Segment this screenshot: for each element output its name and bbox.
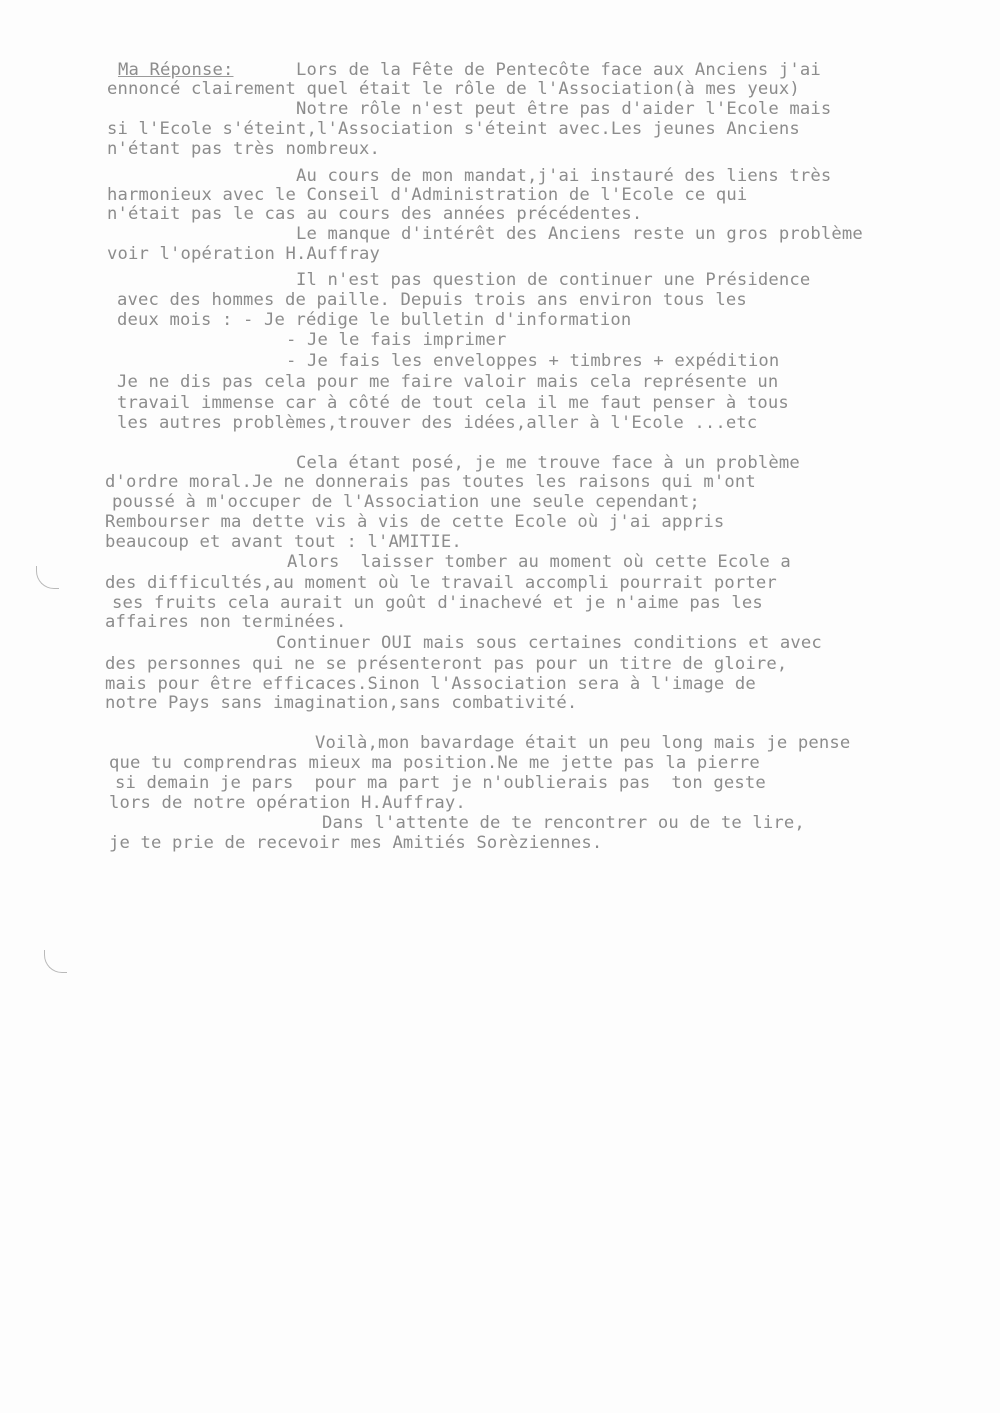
- text-line: Dans l'attente de te rencontrer ou de te…: [322, 813, 805, 833]
- punch-hole-mark: [36, 566, 59, 589]
- text-line: n'étant pas très nombreux.: [107, 139, 380, 159]
- text-line: beaucoup et avant tout : l'AMITIE.: [105, 532, 462, 552]
- text-line: Le manque d'intérêt des Anciens reste un…: [296, 224, 863, 244]
- text-line: deux mois : - Je rédige le bulletin d'in…: [117, 310, 631, 330]
- text-line: Cela étant posé, je me trouve face à un …: [296, 453, 800, 473]
- text-line: que tu comprendras mieux ma position.Ne …: [109, 753, 760, 773]
- text-line: affaires non terminées.: [105, 612, 346, 632]
- text-line: ses fruits cela aurait un goût d'inachev…: [112, 593, 763, 613]
- text-line: poussé à m'occuper de l'Association une …: [112, 492, 700, 512]
- text-line: mais pour être efficaces.Sinon l'Associa…: [105, 674, 756, 694]
- text-line: travail immense car à côté de tout cela …: [117, 393, 789, 413]
- document-page: Ma Réponse: Lors de la Fête de Pentecôte…: [0, 0, 1000, 1413]
- punch-hole-mark: [44, 950, 67, 973]
- text-line: - Je le fais imprimer: [286, 330, 506, 350]
- text-line: harmonieux avec le Conseil d'Administrat…: [107, 185, 747, 205]
- text-line: des difficultés,au moment où le travail …: [105, 573, 777, 593]
- text-line: notre Pays sans imagination,sans combati…: [105, 693, 577, 713]
- text-line: Lors de la Fête de Pentecôte face aux An…: [296, 60, 821, 80]
- text-line: les autres problèmes,trouver des idées,a…: [117, 413, 757, 433]
- text-line: Rembourser ma dette vis à vis de cette E…: [105, 512, 724, 532]
- text-line: n'était pas le cas au cours des années p…: [107, 204, 642, 224]
- text-line: Je ne dis pas cela pour me faire valoir …: [117, 372, 778, 392]
- text-line: je te prie de recevoir mes Amitiés Sorèz…: [109, 833, 602, 853]
- text-line: - Je fais les enveloppes + timbres + exp…: [286, 351, 779, 371]
- text-line: lors de notre opération H.Auffray.: [109, 793, 466, 813]
- text-line: Alors laisser tomber au moment où cette …: [287, 552, 791, 572]
- text-line: Au cours de mon mandat,j'ai instauré des…: [296, 166, 831, 186]
- text-line: Voilà,mon bavardage était un peu long ma…: [315, 733, 850, 753]
- text-line: ennoncé clairement quel était le rôle de…: [107, 79, 800, 99]
- text-line: Notre rôle n'est peut être pas d'aider l…: [296, 99, 831, 119]
- text-line: avec des hommes de paille. Depuis trois …: [117, 290, 747, 310]
- text-line: des personnes qui ne se présenteront pas…: [105, 654, 787, 674]
- text-line: d'ordre moral.Je ne donnerais pas toutes…: [105, 472, 756, 492]
- text-line: Continuer OUI mais sous certaines condit…: [276, 633, 822, 653]
- text-line: si l'Ecole s'éteint,l'Association s'étei…: [107, 119, 800, 139]
- heading-label: Ma Réponse:: [118, 60, 233, 80]
- text-line: Il n'est pas question de continuer une P…: [296, 270, 810, 290]
- text-line: voir l'opération H.Auffray: [107, 244, 380, 264]
- text-line: si demain je pars pour ma part je n'oubl…: [115, 773, 766, 793]
